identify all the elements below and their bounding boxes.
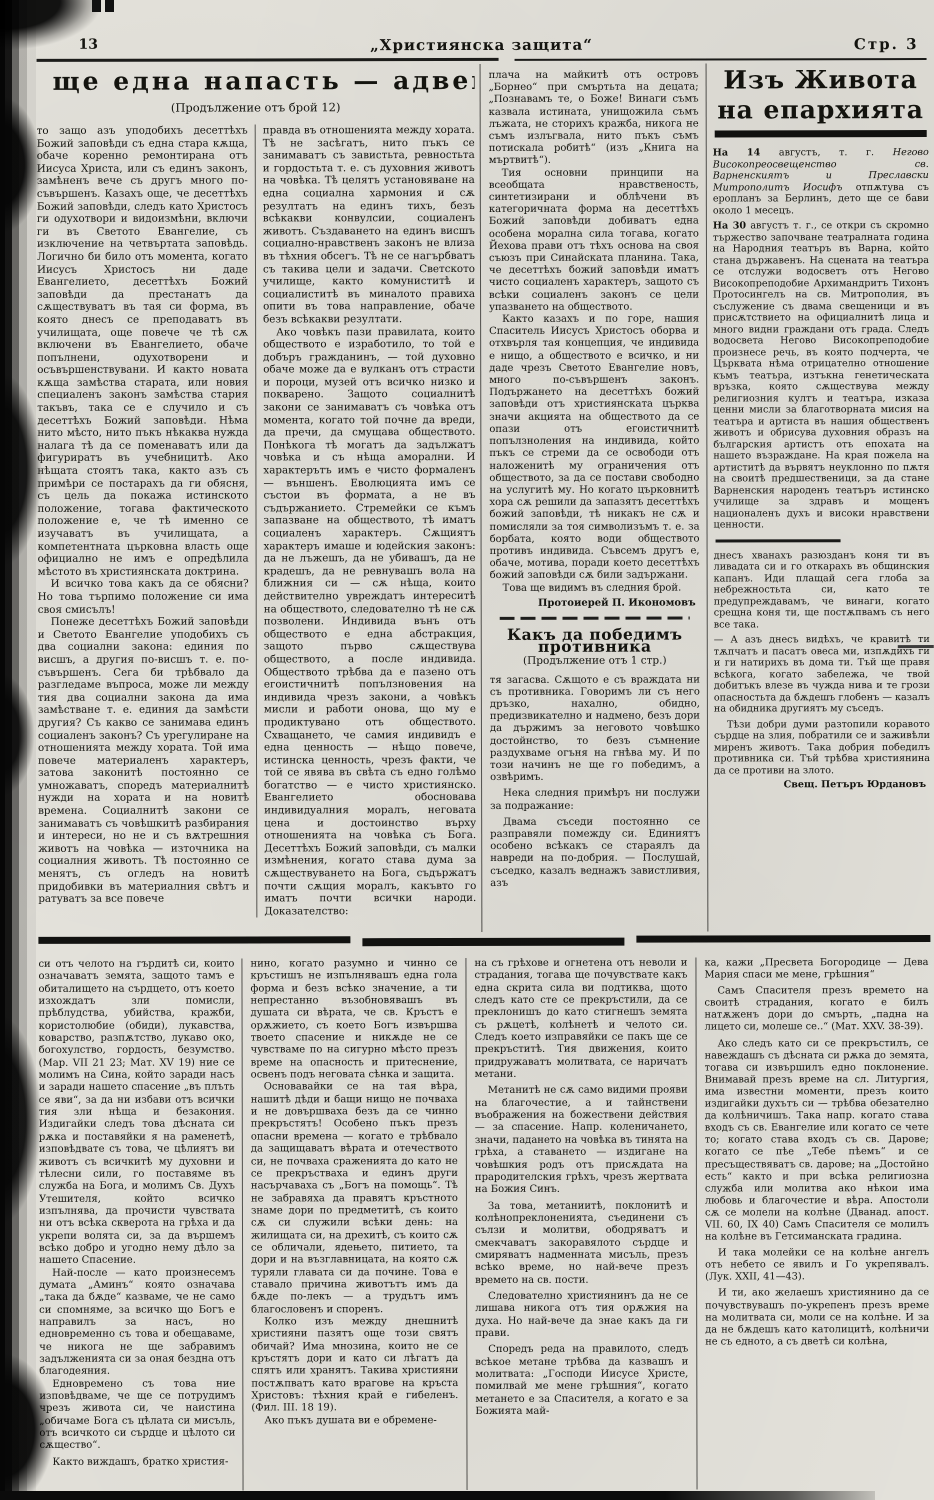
bottom-column-1: си отъ челото на гърдитѣ си, които означ… (38, 958, 235, 1490)
paragraph: Нека следния примѣръ ни послужи за подра… (490, 788, 700, 813)
page-header: 13 „Християнска защита“ Стр. 3 (39, 35, 925, 57)
eparchy-column: Изъ Живота на епархията На 14 августъ, т… (713, 65, 931, 931)
article-subtitle: (Продължение отъ брой 12) (37, 100, 475, 115)
paragraph: Както виждашъ, братко христия- (39, 1456, 235, 1469)
paragraph: тя загасва. Сѫщото е съ враждата ни съ п… (490, 674, 700, 784)
paragraph: нино, когато разумно и чинно се кръстишъ… (250, 958, 457, 1082)
bottom-column-4: ка, кажи „Пресвета Богородице — Дева Мар… (704, 957, 929, 1489)
paragraph: Едновремено съ това ние изповѣдваме, че … (39, 1378, 235, 1452)
text-run: августъ, т. г. (760, 147, 892, 158)
header-rule-right (515, 58, 927, 61)
section-divider (716, 539, 841, 542)
bottom-column-3: на съ грѣхове и огнетена отъ неволи и ст… (474, 958, 688, 1490)
scan-scratch (898, 645, 934, 648)
article-subtitle: (Продължение отъ 1 стр.) (490, 655, 700, 668)
paragraph: Ако пъкъ душата ви е обремене- (251, 1415, 458, 1428)
eparchy-title: Изъ Живота на епархията (713, 65, 929, 124)
paragraph: За това, метаниитѣ, поклонитѣ и колѣнопр… (475, 1200, 688, 1287)
bottom-column-2: нино, когато разумно и чинно се кръстишъ… (250, 958, 458, 1490)
author-signature: Протоиерей П. Икономовъ (490, 597, 700, 610)
paragraph: Най-после — като произнесемъ думата „Ами… (39, 1267, 235, 1379)
paragraph: си отъ челото на гърдитѣ си, които означ… (38, 958, 235, 1267)
paragraph: плача на майкитѣ отъ островъ „Борнео“ пр… (489, 70, 699, 168)
paragraph: Тѣзи добри думи разтопили коравото сърдц… (714, 719, 930, 777)
sheet: 13 „Християнска защита“ Стр. 3 ще една н… (0, 0, 934, 1500)
masthead: „Християнска защита“ (39, 35, 925, 55)
paragraph: Понеже десеттѣхъ Божий заповѣди и Светот… (38, 616, 250, 906)
paragraph: правда въ отношенията между хората. Тѣ н… (263, 124, 475, 326)
column-rule (241, 958, 243, 1490)
section-divider-bar (636, 935, 930, 943)
eparchy-title-line1: Изъ Живота (713, 65, 929, 95)
article-column-2: правда въ отношенията между хората. Тѣ н… (263, 124, 477, 918)
column-rule (465, 958, 467, 1490)
page-number: Стр. 3 (854, 35, 919, 53)
date-lead: На 30 (713, 220, 746, 231)
newspaper-page: 13 „Християнска защита“ Стр. 3 ще една н… (0, 0, 934, 1500)
paragraph: И ти, ако желаешъ християнино да се почу… (705, 1287, 929, 1348)
paragraph: Следователно християнинъ да не се лишава… (475, 1290, 688, 1340)
column-rule (695, 958, 697, 1490)
column-rule (706, 63, 709, 931)
paragraph: Основавайки се на тая вѣра, нашитѣ дѣди … (251, 1081, 458, 1316)
paragraph: Ако човѣкъ пази правилата, които обществ… (263, 325, 476, 917)
column-rule (480, 64, 483, 932)
header-rule-left (37, 58, 499, 62)
closing-line: Това ще видимъ въ следния брой. (490, 582, 700, 595)
section-divider-bar (362, 938, 624, 947)
article-title: Какъ да победимъ противника (490, 628, 700, 653)
middle-column: плача на майкитѣ отъ островъ „Борнео“ пр… (489, 70, 701, 930)
date-lead: На 14 (713, 147, 761, 158)
paragraph: На 30 августъ т. г., се откри съ скромно… (713, 220, 930, 531)
author-signature: Свещ. Петъръ Юрдановъ (714, 779, 930, 791)
paragraph: Както казахъ и по горе, нашия Спаситель … (489, 314, 700, 583)
paragraph: ка, кажи „Пресвета Богородице — Дева Мар… (704, 957, 928, 982)
paragraph: И така молейки се на колѣне ангелъ отъ н… (705, 1247, 929, 1284)
paragraph: Метанитѣ не сѫ само видими прояви на бла… (475, 1085, 688, 1197)
paragraph: Самъ Спасителя презъ времето на своитѣ с… (704, 985, 928, 1034)
article-adventism: ще една напасть — адвентизма (Продължени… (37, 66, 477, 931)
paragraph: Ако следъ като си се прекръстилъ, се нав… (705, 1038, 929, 1244)
paragraph: на съ грѣхове и огнетена отъ неволи и ст… (474, 958, 687, 1082)
paragraph: Тия основни принципи на всеобщата нравст… (489, 167, 699, 314)
column-rule (255, 124, 258, 917)
paragraph: Споредъ реда на правилото, следъ всѣкое … (475, 1344, 688, 1419)
paragraph: На 14 августъ, т. г. Негово Високопреосв… (713, 147, 929, 216)
paragraph: то защо азъ уподобихъ десеттѣхъ Божий за… (37, 124, 249, 578)
section-divider-bar (38, 936, 350, 944)
title-underline-bar (715, 130, 927, 137)
article-title: ще една напасть — адвентизма (37, 66, 475, 96)
text-run: августъ т. г., се откри съ скромно търже… (713, 220, 930, 530)
ornament-divider (500, 616, 690, 619)
eparchy-title-line2: на епархията (713, 95, 929, 125)
scan-speck (92, 0, 118, 12)
paragraph: днесъ хванахъ разюзданъ коня ти въ ливад… (714, 550, 930, 631)
paragraph: Колко изъ между днешнитѣ християни пазят… (251, 1316, 458, 1415)
paragraph: Двама съседи постоянно се разправяли пом… (490, 816, 700, 890)
article-column-1: то защо азъ уподобихъ десеттѣхъ Божий за… (37, 124, 250, 918)
paragraph: И всичко това какъ да се обясни? Но това… (38, 578, 249, 616)
